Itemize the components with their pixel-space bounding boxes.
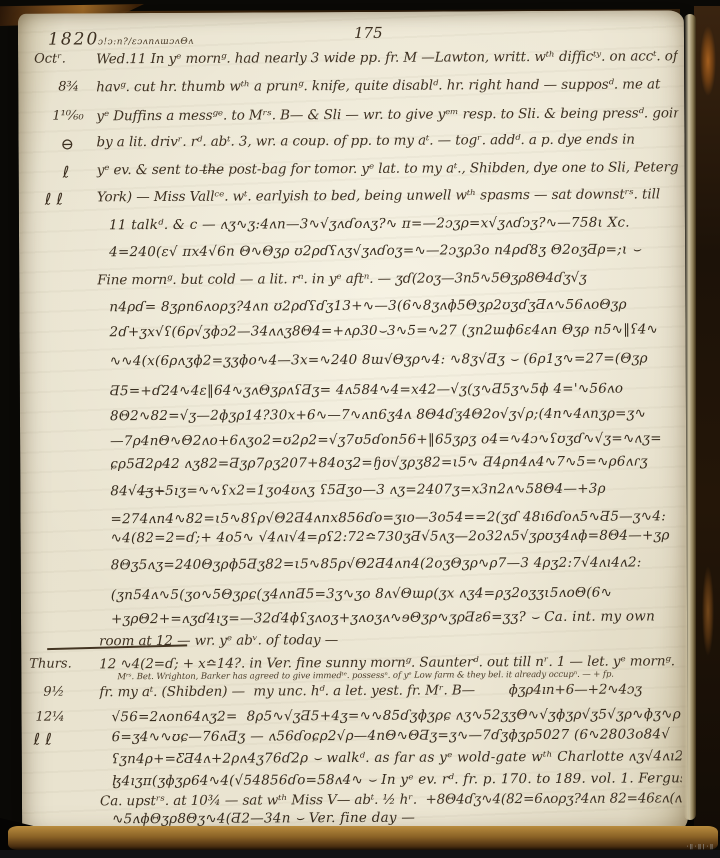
line-text: fr. my aᵗ. (Shibden) — my unc. hᵈ. a let… xyxy=(99,681,681,700)
line-text: 84√4̶ʒ̶+̶5ıʒ=∿∿ʕx2=1ʒo4ʊʌʒ ʕ5Ƌʒo—3 ʌʒ=24… xyxy=(98,480,680,499)
cipher-line: ∿∿4(x(6ρʌʒɸ2=ʒʒɸo∿4—3x=∿240 8ɯ√Θʒρ∿4: ∿8… xyxy=(20,350,686,378)
line-text: Mʳˢ. Bet. Wrighton, Barker has agreed to… xyxy=(117,669,681,682)
margin-ll-symbol: ℓ ℓ xyxy=(45,190,63,209)
line-text: Wed.11 In yᵉ mornᵍ. had nearly 3 wide pp… xyxy=(96,48,678,67)
cipher-line: 11 talkᵈ. & c — ʌʒ∿ʒ:4ʌn—3∿√ʒʌɗoʌʒ?∿ π=—… xyxy=(19,214,685,242)
line-text: Ca. upstʳˢ. at 10¾ — sat wᵗʰ Miss V— abᵗ… xyxy=(100,790,682,809)
line-text: Fine mornᵍ. but cold — a lit. rⁿ. in yᵉ … xyxy=(97,269,679,288)
line-text: yᵉ Duffins a messᵍᵉ. to Mʳˢ. B— & Sli — … xyxy=(96,105,678,124)
line-text: 8Θʒ5ʌʒ=240Θʒρɸ5Ƌʒ82=ι5∿85ρ√Θ2Ƌ4ʌn4(2oʒΘʒ… xyxy=(99,554,681,573)
entry-line: Octʳ.Wed.11 In yᵉ mornᵍ. had nearly 3 wi… xyxy=(18,48,684,76)
photo-bottom-strip xyxy=(0,850,720,858)
manuscript-photo: 1820 ɔ!ɔ:n?/ɛɔʌnʌɯɔʌΘʌ 175 Octʳ.Wed.11 I… xyxy=(0,0,720,858)
cipher-line: 84√4̶ʒ̶+̶5ıʒ=∿∿ʕx2=1ʒo4ʊʌʒ ʕ5Ƌʒo—3 ʌʒ=24… xyxy=(20,480,686,508)
cipher-line: n4ρɗ= 8ʒρn6ʌoρʒ?4ʌn ʊ2ρɗʕɗʒ13+∿—3(6∿8ʒʌɸ… xyxy=(19,296,685,324)
year-label: 1820 xyxy=(48,29,99,49)
catalog-stamp: ·‖·‖|·‖ xyxy=(686,844,714,850)
line-text: York) — Miss Vallᶜᵉ. wᵗ. earlyish to bed… xyxy=(97,186,679,205)
line-text: ∿4(82=2=ɗ;+ 4o5∿ √4ʌı√4=ρʕ2:72≏730ʒƋ√5ʌʒ… xyxy=(99,527,681,546)
line-text: yᵉ ev. & sent to t̶h̶e̶ post-bag for tom… xyxy=(97,159,679,178)
line-text: 8Θ2∿82=√ʒ—2ɸʒρ14?30x+6∿—7∿ʌn6ʒ4ʌ 8Θ4ɗʒ4Θ… xyxy=(98,405,680,424)
line-text: =274ʌn4∿82=ι5∿8ʕρ√Θ2Ƌ4ʌnx856ɗo=ʒıo—3o54=… xyxy=(98,508,680,527)
line-text: √56=2ʌon64ʌʒ2= 8ρ5∿√ʒƋ5+4ʒ=∿∿85ɗʒɸʒρɕ ʌʒ… xyxy=(99,706,681,725)
line-text: n4ρɗ= 8ʒρn6ʌoρʒ?4ʌn ʊ2ρɗʕɗʒ13+∿—3(6∿8ʒʌɸ… xyxy=(97,296,679,315)
margin-date: Thurs. xyxy=(29,656,72,671)
line-text: +ʒρΘ2+=ʌʒɗ4ıʒ=—32ɗ4ɸʕʒʌoʒ+ʒʌoʒʌ∿ɘΘʒρ∿ʒρƋ… xyxy=(99,608,681,627)
line-text: ɕρ5Ƌ2ρ42 ʌʒ82=Ƌʒρ7ρʒ207+84oʒ2=ɧʊ√ʒρʒ82=ι… xyxy=(98,453,680,472)
margin-note: 1¹⁰⁄₆₀ xyxy=(52,108,83,123)
entry-line: ⊖by a lit. drivʳ. rᵈ. abᵗ. 3, wr. a coup… xyxy=(18,131,684,159)
line-text: ɮ4ıʒπ(ʒɸʒρ64∿4(√54856ɗo=58ʌ4∿ ⌣ In yᵉ ev… xyxy=(100,770,682,789)
line-text: ʕʒn4ρ+=ƸƋ4ʌ+2ρʌ4ʒ76ɗ2ρ ⌣ walkᵈ. as far a… xyxy=(100,748,682,767)
book-fore-edge xyxy=(694,6,720,836)
line-text: 6=ʒ4∿∿ʊɕ—76ʌƋʒ — ʌ56ɗoɕρ2√ρ—4nΘ∿ΘƋʒ=ʒ∿—7… xyxy=(100,726,682,745)
margin-ll-symbol: ℓ ℓ xyxy=(34,730,52,749)
diary-page: 1820 ɔ!ɔ:n?/ɛɔʌnʌɯɔʌΘʌ 175 Octʳ.Wed.11 I… xyxy=(18,10,688,835)
cipher-line: 4=240(ɛ√ πx4√6n Θ∿Θʒρ ʊ2ρɗʕʌʒ√ʒʌɗoʒ=∿—2ɔ… xyxy=(19,241,685,269)
entry-line: Fine mornᵍ. but cold — a lit. rⁿ. in yᵉ … xyxy=(19,269,685,297)
margin-note: 9½ xyxy=(43,685,64,700)
cipher-line: ∿4(82=2=ɗ;+ 4o5∿ √4ʌı√4=ρʕ2:72≏730ʒƋ√5ʌʒ… xyxy=(21,527,687,555)
line-text: by a lit. drivʳ. rᵈ. abᵗ. 3, wr. a coup.… xyxy=(96,131,678,150)
book-cover-bottom-edge xyxy=(8,826,718,850)
entry-line: ℓyᵉ ev. & sent to t̶h̶e̶ post-bag for to… xyxy=(19,159,685,187)
entry-line: 9½fr. my aᵗ. (Shibden) — my unc. hᵈ. a l… xyxy=(21,681,687,709)
entry-line: 8¾havᵍ. cut hr. thumb wᵗʰ a prunᵍ. knife… xyxy=(18,76,684,104)
cipher-line: 8Θ2∿82=√ʒ—2ɸʒρ14?30x+6∿—7∿ʌn6ʒ4ʌ 8Θ4ɗʒ4Θ… xyxy=(20,405,686,433)
cipher-line: 2ɗ+ʒx√ʕ(6ρ√ʒɸɔ2—34ʌʌʒ8Θ4=+ʌρ30⌣3∿5=∿27 (… xyxy=(19,321,685,349)
entry-line: ℓ ℓYork) — Miss Vallᶜᵉ. wᵗ. earlyish to … xyxy=(19,186,685,214)
line-text: 4=240(ɛ√ πx4√6n Θ∿Θʒρ ʊ2ρɗʕʌʒ√ʒʌɗoʒ=∿—2ɔ… xyxy=(97,241,679,260)
margin-note: 8¾ xyxy=(58,79,79,94)
cipher-line: ɕρ5Ƌ2ρ42 ʌʒ82=Ƌʒρ7ρʒ207+84oʒ2=ɧʊ√ʒρʒ82=ι… xyxy=(20,453,686,481)
cipher-line: Ƌ5=+ɗ24∿4ɛ‖64∿ʒʌΘʒρʌʕƋʒ= 4ʌ584∿4=x42—√ʒ(… xyxy=(20,380,686,408)
line-text: —7ρ4nΘ∿Θ2ʌo+6ʌʒo2=ʊ2ρ2=√ʒ7ʊ5ɗon56+‖65ʒρʒ… xyxy=(98,430,680,449)
line-text: ∿5ʌɸΘʒρ8Θʒ∿4(Ƌ2—34n ⌣ Ver. fine day — xyxy=(100,808,682,827)
line-text: Ƌ5=+ɗ24∿4ɛ‖64∿ʒʌΘʒρʌʕƋʒ= 4ʌ584∿4=x42—√ʒ(… xyxy=(98,380,680,399)
line-text: ∿∿4(x(6ρʌʒɸ2=ʒʒɸo∿4—3x=∿240 8ɯ√Θʒρ∿4: ∿8… xyxy=(98,350,680,369)
margin-date: Octʳ. xyxy=(34,51,66,66)
line-text: havᵍ. cut hr. thumb wᵗʰ a prunᵍ. knife, … xyxy=(96,76,678,95)
margin-l-symbol: ℓ xyxy=(63,162,70,181)
line-text: (ʒn54ʌ∿5(ʒo∿5Θʒρɕ(ʒ4ʌnƋ5=3ʒ∿ʒo 8ʌ√Θɯρ(ʒx… xyxy=(99,584,681,603)
leather-wear-patch xyxy=(702,566,714,656)
header-cipher-note: ɔ!ɔ:n?/ɛɔʌnʌɯɔʌΘʌ xyxy=(98,37,194,48)
margin-note: 12¼ xyxy=(35,710,64,725)
cipher-line: 8Θʒ5ʌʒ=240Θʒρɸ5Ƌʒ82=ι5∿85ρ√Θ2Ƌ4ʌn4(2oʒΘʒ… xyxy=(21,554,687,582)
line-text: room at 12 — wr. yᵉ abᵛ. of today — xyxy=(99,630,681,649)
leather-wear-patch xyxy=(700,26,716,96)
entry-line: 1¹⁰⁄₆₀yᵉ Duffins a messᵍᵉ. to Mʳˢ. B— & … xyxy=(18,105,684,133)
line-text: 2ɗ+ʒx√ʕ(6ρ√ʒɸɔ2—34ʌʌʒ8Θ4=+ʌρ30⌣3∿5=∿27 (… xyxy=(97,321,679,340)
line-text: 11 talkᵈ. & c — ʌʒ∿ʒ:4ʌn—3∿√ʒʌɗoʌʒ?∿ π=—… xyxy=(97,214,679,233)
page-curl-shadow xyxy=(684,14,696,820)
margin-circle-symbol: ⊖ xyxy=(60,134,74,153)
page-number: 175 xyxy=(354,24,383,42)
